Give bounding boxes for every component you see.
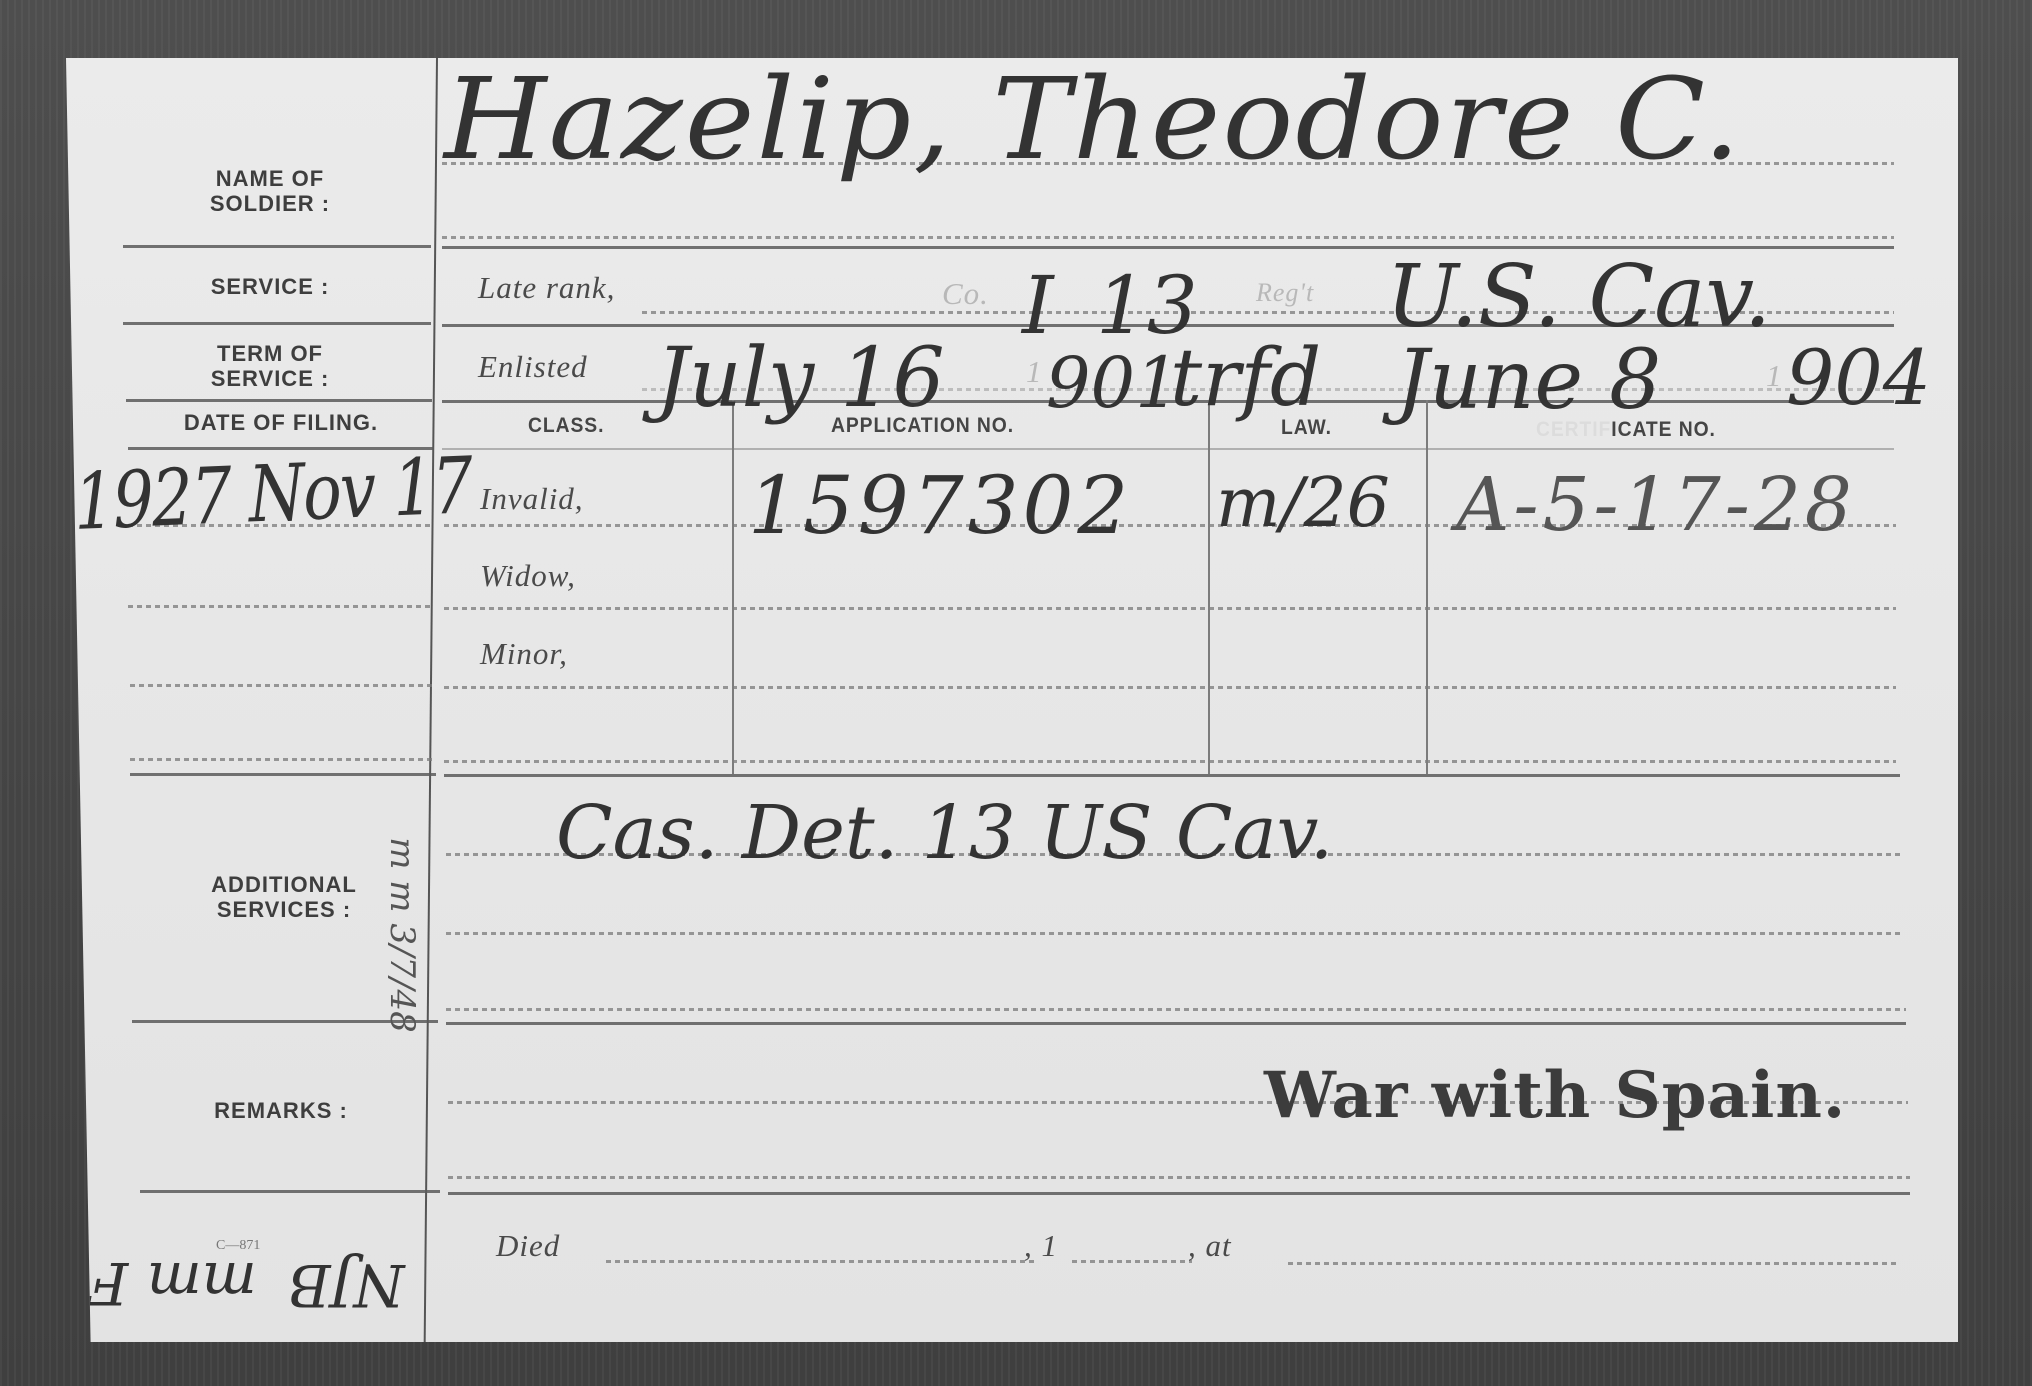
- dotted-additional-3: [446, 1008, 1906, 1011]
- discharge-month-day: June 8: [1396, 340, 1661, 422]
- dotted-class-row-2-left: [128, 605, 434, 608]
- rule-term: [126, 399, 432, 402]
- rule-class-end-left: [130, 773, 436, 776]
- pension-index-card: NAME OF SOLDIER : SERVICE : TERM OF SERV…: [66, 58, 1958, 1342]
- rule-additional-end-right: [446, 1022, 1906, 1025]
- dotted-class-row-3-right: [444, 686, 1896, 689]
- label-additional-services: ADDITIONAL SERVICES :: [184, 872, 384, 922]
- law-value: m/26: [1216, 470, 1390, 538]
- dotted-additional-2: [446, 932, 1904, 935]
- regiment-unit: U.S. Cav.: [1386, 254, 1771, 340]
- initials-right: NJB: [288, 1256, 405, 1314]
- rule-remarks-end-right: [448, 1192, 1910, 1195]
- rule-service: [123, 322, 431, 325]
- remarks-typed: War with Spain.: [1264, 1058, 1846, 1133]
- class-widow: Widow,: [480, 558, 576, 594]
- enlisted-month-day: July 16: [656, 338, 945, 420]
- label-co: Co.: [942, 276, 989, 312]
- enlisted-year: 901: [1046, 348, 1180, 418]
- dotted-died-date: [606, 1260, 1038, 1263]
- label-term-of: TERM OF: [190, 341, 350, 366]
- dotted-remarks-2: [448, 1176, 1910, 1179]
- margin-note: m m 3/7/48: [385, 837, 419, 1033]
- label-died-at: , at: [1188, 1228, 1232, 1264]
- initials-left: mm F: [88, 1254, 257, 1312]
- label-service: SERVICE :: [190, 274, 350, 299]
- divider-application-law: [1208, 400, 1210, 774]
- dotted-died-place: [1288, 1262, 1898, 1265]
- label-year-prefix-2: 1: [1766, 358, 1783, 394]
- dotted-name-2: [442, 236, 1894, 239]
- dotted-class-row-4-right: [444, 760, 1896, 763]
- label-term-service: SERVICE :: [190, 366, 350, 391]
- label-services: SERVICES :: [184, 897, 384, 922]
- rule-class-end-right: [444, 774, 1900, 777]
- dotted-class-row-4-left: [130, 758, 436, 761]
- main-column-divider: [424, 58, 438, 1342]
- label-enlisted: Enlisted: [478, 349, 588, 385]
- class-invalid: Invalid,: [480, 481, 584, 517]
- divider-law-certificate: [1426, 400, 1428, 774]
- certificate-number: A-5-17-28: [1456, 468, 1856, 542]
- dotted-died-year: [1072, 1260, 1192, 1263]
- label-year-prefix-1: 1: [1026, 354, 1043, 390]
- filing-date: 1927 Nov 17: [73, 447, 472, 542]
- discharge-year: 904: [1786, 340, 1931, 416]
- label-date-of-filing: DATE OF FILING.: [146, 410, 416, 435]
- dotted-class-row-3-left: [130, 684, 436, 687]
- application-number: 1597302: [748, 466, 1132, 546]
- divider-class-application: [732, 400, 734, 774]
- class-minor: Minor,: [480, 636, 568, 672]
- label-died-year: , 1: [1024, 1228, 1058, 1264]
- label-soldier: SOLDIER :: [190, 191, 350, 216]
- label-late-rank: Late rank,: [478, 270, 615, 306]
- soldier-name: Hazelip, Theodore C.: [444, 64, 1743, 176]
- header-class: CLASS.: [528, 414, 604, 438]
- transferred-note: trfd: [1170, 338, 1321, 418]
- dotted-class-row-2-right: [444, 607, 1896, 610]
- label-regt: Reg't: [1256, 278, 1314, 308]
- additional-services-entry: Cas. Det. 13 US Cav.: [556, 796, 1333, 870]
- label-died: Died: [496, 1228, 560, 1264]
- label-name-of-soldier: NAME OF SOLDIER :: [190, 166, 350, 216]
- rule-remarks-end-left: [140, 1190, 440, 1193]
- company: I: [1022, 266, 1054, 346]
- label-term-of-service: TERM OF SERVICE :: [190, 341, 350, 391]
- rule-header-right: [442, 448, 1894, 450]
- label-additional: ADDITIONAL: [184, 872, 384, 897]
- rule-name: [123, 245, 431, 248]
- label-remarks: REMARKS :: [196, 1098, 366, 1123]
- label-name-of: NAME OF: [190, 166, 350, 191]
